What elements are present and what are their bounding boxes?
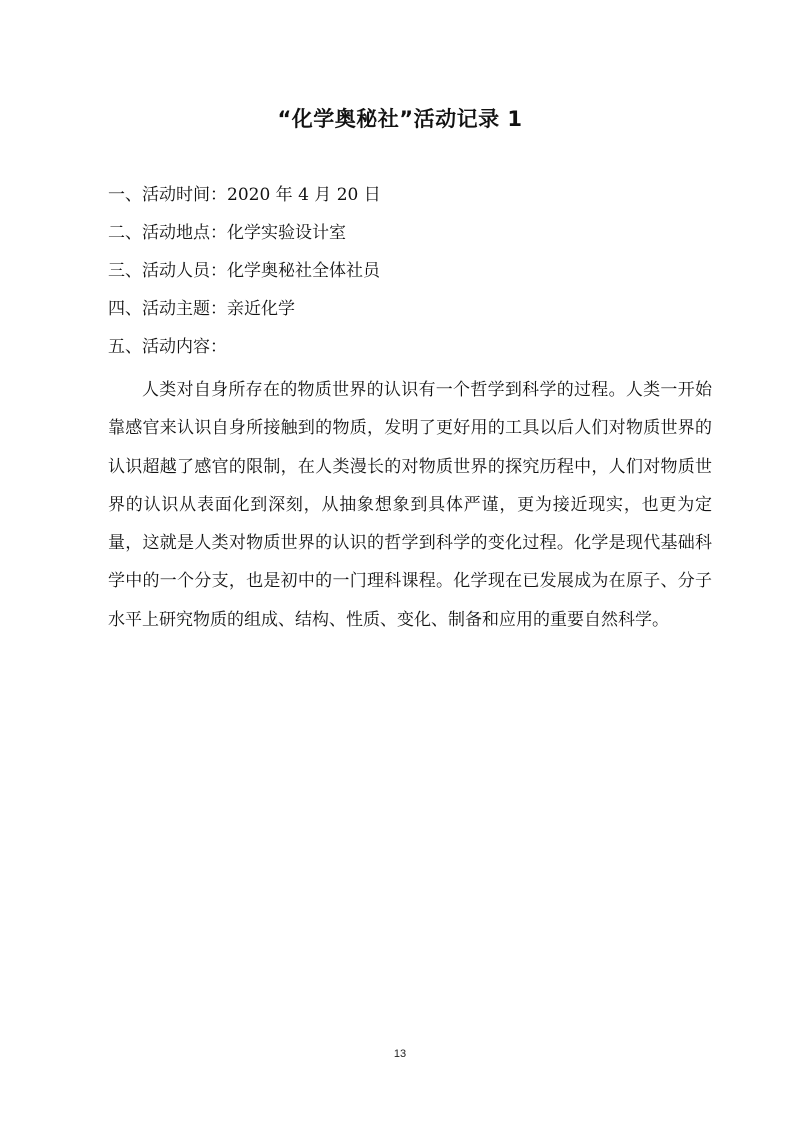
info-row-theme: 四、活动主题：亲近化学 — [108, 297, 708, 335]
info-label: 四、活动主题： — [108, 299, 227, 319]
page-title: “化学奥秘社”活动记录 1 — [0, 103, 800, 133]
activity-info-list: 一、活动时间：2020 年 4 月 20 日 二、活动地点：化学实验设计室 三、… — [108, 183, 708, 373]
info-label: 二、活动地点： — [108, 223, 227, 243]
document-page: “化学奥秘社”活动记录 1 一、活动时间：2020 年 4 月 20 日 二、活… — [0, 0, 800, 1131]
info-label: 五、活动内容： — [108, 337, 227, 357]
info-label: 一、活动时间： — [108, 185, 227, 205]
content-paragraph: 人类对自身所存在的物质世界的认识有一个哲学到科学的过程。人类一开始靠感官来认识自… — [108, 371, 712, 639]
activity-content: 人类对自身所存在的物质世界的认识有一个哲学到科学的过程。人类一开始靠感官来认识自… — [108, 371, 712, 639]
info-value: 亲近化学 — [227, 299, 295, 319]
info-row-content: 五、活动内容： — [108, 335, 708, 373]
page-number: 13 — [0, 1048, 800, 1060]
info-value: 2020 年 4 月 20 日 — [227, 185, 381, 205]
info-row-participants: 三、活动人员：化学奥秘社全体社员 — [108, 259, 708, 297]
info-value: 化学实验设计室 — [227, 223, 346, 243]
info-label: 三、活动人员： — [108, 261, 227, 281]
info-value: 化学奥秘社全体社员 — [227, 261, 380, 281]
info-row-time: 一、活动时间：2020 年 4 月 20 日 — [108, 183, 708, 221]
info-row-location: 二、活动地点：化学实验设计室 — [108, 221, 708, 259]
